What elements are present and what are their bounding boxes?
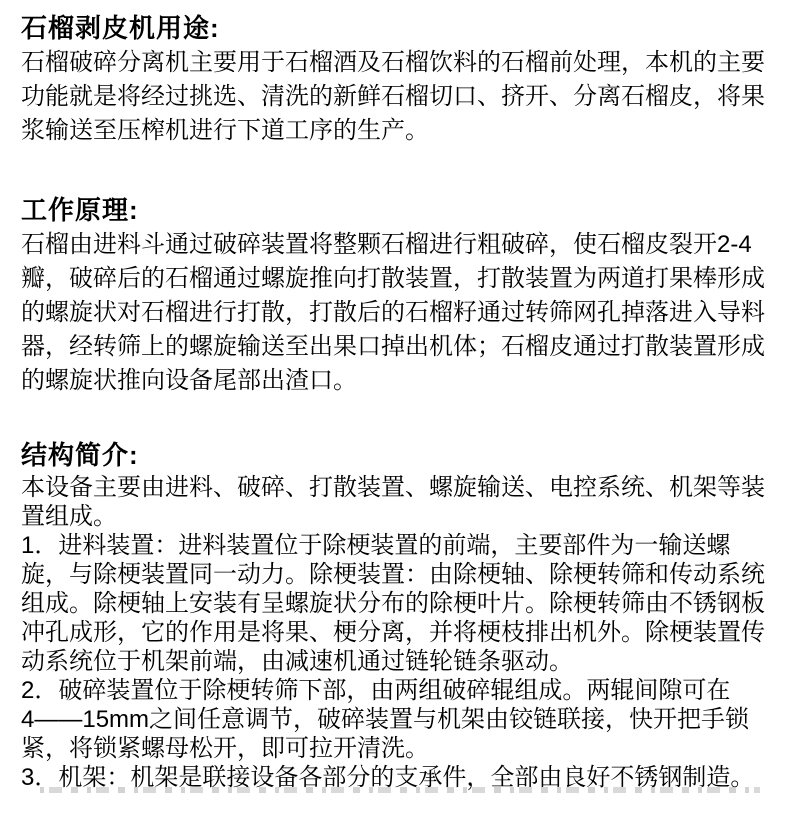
section-usage-heading: 石榴剥皮机用途: (21, 10, 774, 46)
section-principle: 工作原理: 石榴由进料斗通过破碎装置将整颗石榴进行粗破碎，使石榴皮裂开2-4 瓣… (21, 192, 774, 398)
section-principle-paragraph: 石榴由进料斗通过破碎装置将整颗石榴进行粗破碎，使石榴皮裂开2-4 瓣，破碎后的石… (21, 228, 774, 398)
list-item-2-line: 紧，将锁紧螺母松开，即可拉开清洗。 (21, 734, 774, 763)
clipped-next-line-remnant (40, 787, 760, 793)
list-item-1-line: 冲孔成形，它的作用是将果、梗分离，并将梗枝排出机外。除梗装置传 (21, 618, 774, 647)
section-usage-paragraph: 石榴破碎分离机主要用于石榴酒及石榴饮料的石榴前处理，本机的主要 功能就是将经过挑… (21, 46, 774, 148)
list-item-1-line: 1．进料装置：进料装置位于除梗装置的前端，主要部件为一输送螺 (21, 531, 774, 560)
text-line: 浆输送至压榨机进行下道工序的生产。 (21, 114, 774, 148)
list-item-1-line: 动系统位于机架前端，由减速机通过链轮链条驱动。 (21, 647, 774, 676)
list-item-1-line: 组成。除梗轴上安装有呈螺旋状分布的除梗叶片。除梗转筛由不锈钢板 (21, 589, 774, 618)
section-structure-paragraph: 本设备主要由进料、破碎、打散装置、螺旋输送、电控系统、机架等装 置组成。 1．进… (21, 473, 774, 792)
text-line: 石榴由进料斗通过破碎装置将整颗石榴进行粗破碎，使石榴皮裂开2-4 (21, 228, 774, 262)
text-line: 置组成。 (21, 502, 774, 531)
list-item-2-line: 2．破碎装置位于除梗转筛下部，由两组破碎辊组成。两辊间隙可在 (21, 676, 774, 705)
list-item-1-line: 旋，与除梗装置同一动力。除梗装置：由除梗轴、除梗转筛和传动系统 (21, 560, 774, 589)
section-structure: 结构简介: 本设备主要由进料、破碎、打散装置、螺旋输送、电控系统、机架等装 置组… (21, 437, 774, 792)
section-usage: 石榴剥皮机用途: 石榴破碎分离机主要用于石榴酒及石榴饮料的石榴前处理，本机的主要… (21, 10, 774, 148)
list-item-2-line: 4——15mm之间任意调节，破碎装置与机架由铰链联接，快开把手锁 (21, 705, 774, 734)
text-line: 功能就是将经过挑选、清洗的新鲜石榴切口、挤开、分离石榴皮，将果 (21, 80, 774, 114)
text-line: 的螺旋状对石榴进行打散，打散后的石榴籽通过转筛网孔掉落进入导料 (21, 296, 774, 330)
document-page: { "page": { "background": "#ffffff", "te… (0, 0, 790, 813)
text-line: 瓣，破碎后的石榴通过螺旋推向打散装置，打散装置为两道打果棒形成 (21, 262, 774, 296)
text-line: 石榴破碎分离机主要用于石榴酒及石榴饮料的石榴前处理，本机的主要 (21, 46, 774, 80)
section-principle-heading: 工作原理: (21, 192, 774, 228)
text-line: 本设备主要由进料、破碎、打散装置、螺旋输送、电控系统、机架等装 (21, 473, 774, 502)
text-line: 器，经转筛上的螺旋输送至出果口掉出机体；石榴皮通过打散装置形成 (21, 330, 774, 364)
section-structure-heading: 结构简介: (21, 437, 774, 473)
text-line: 的螺旋状推向设备尾部出渣口。 (21, 364, 774, 398)
